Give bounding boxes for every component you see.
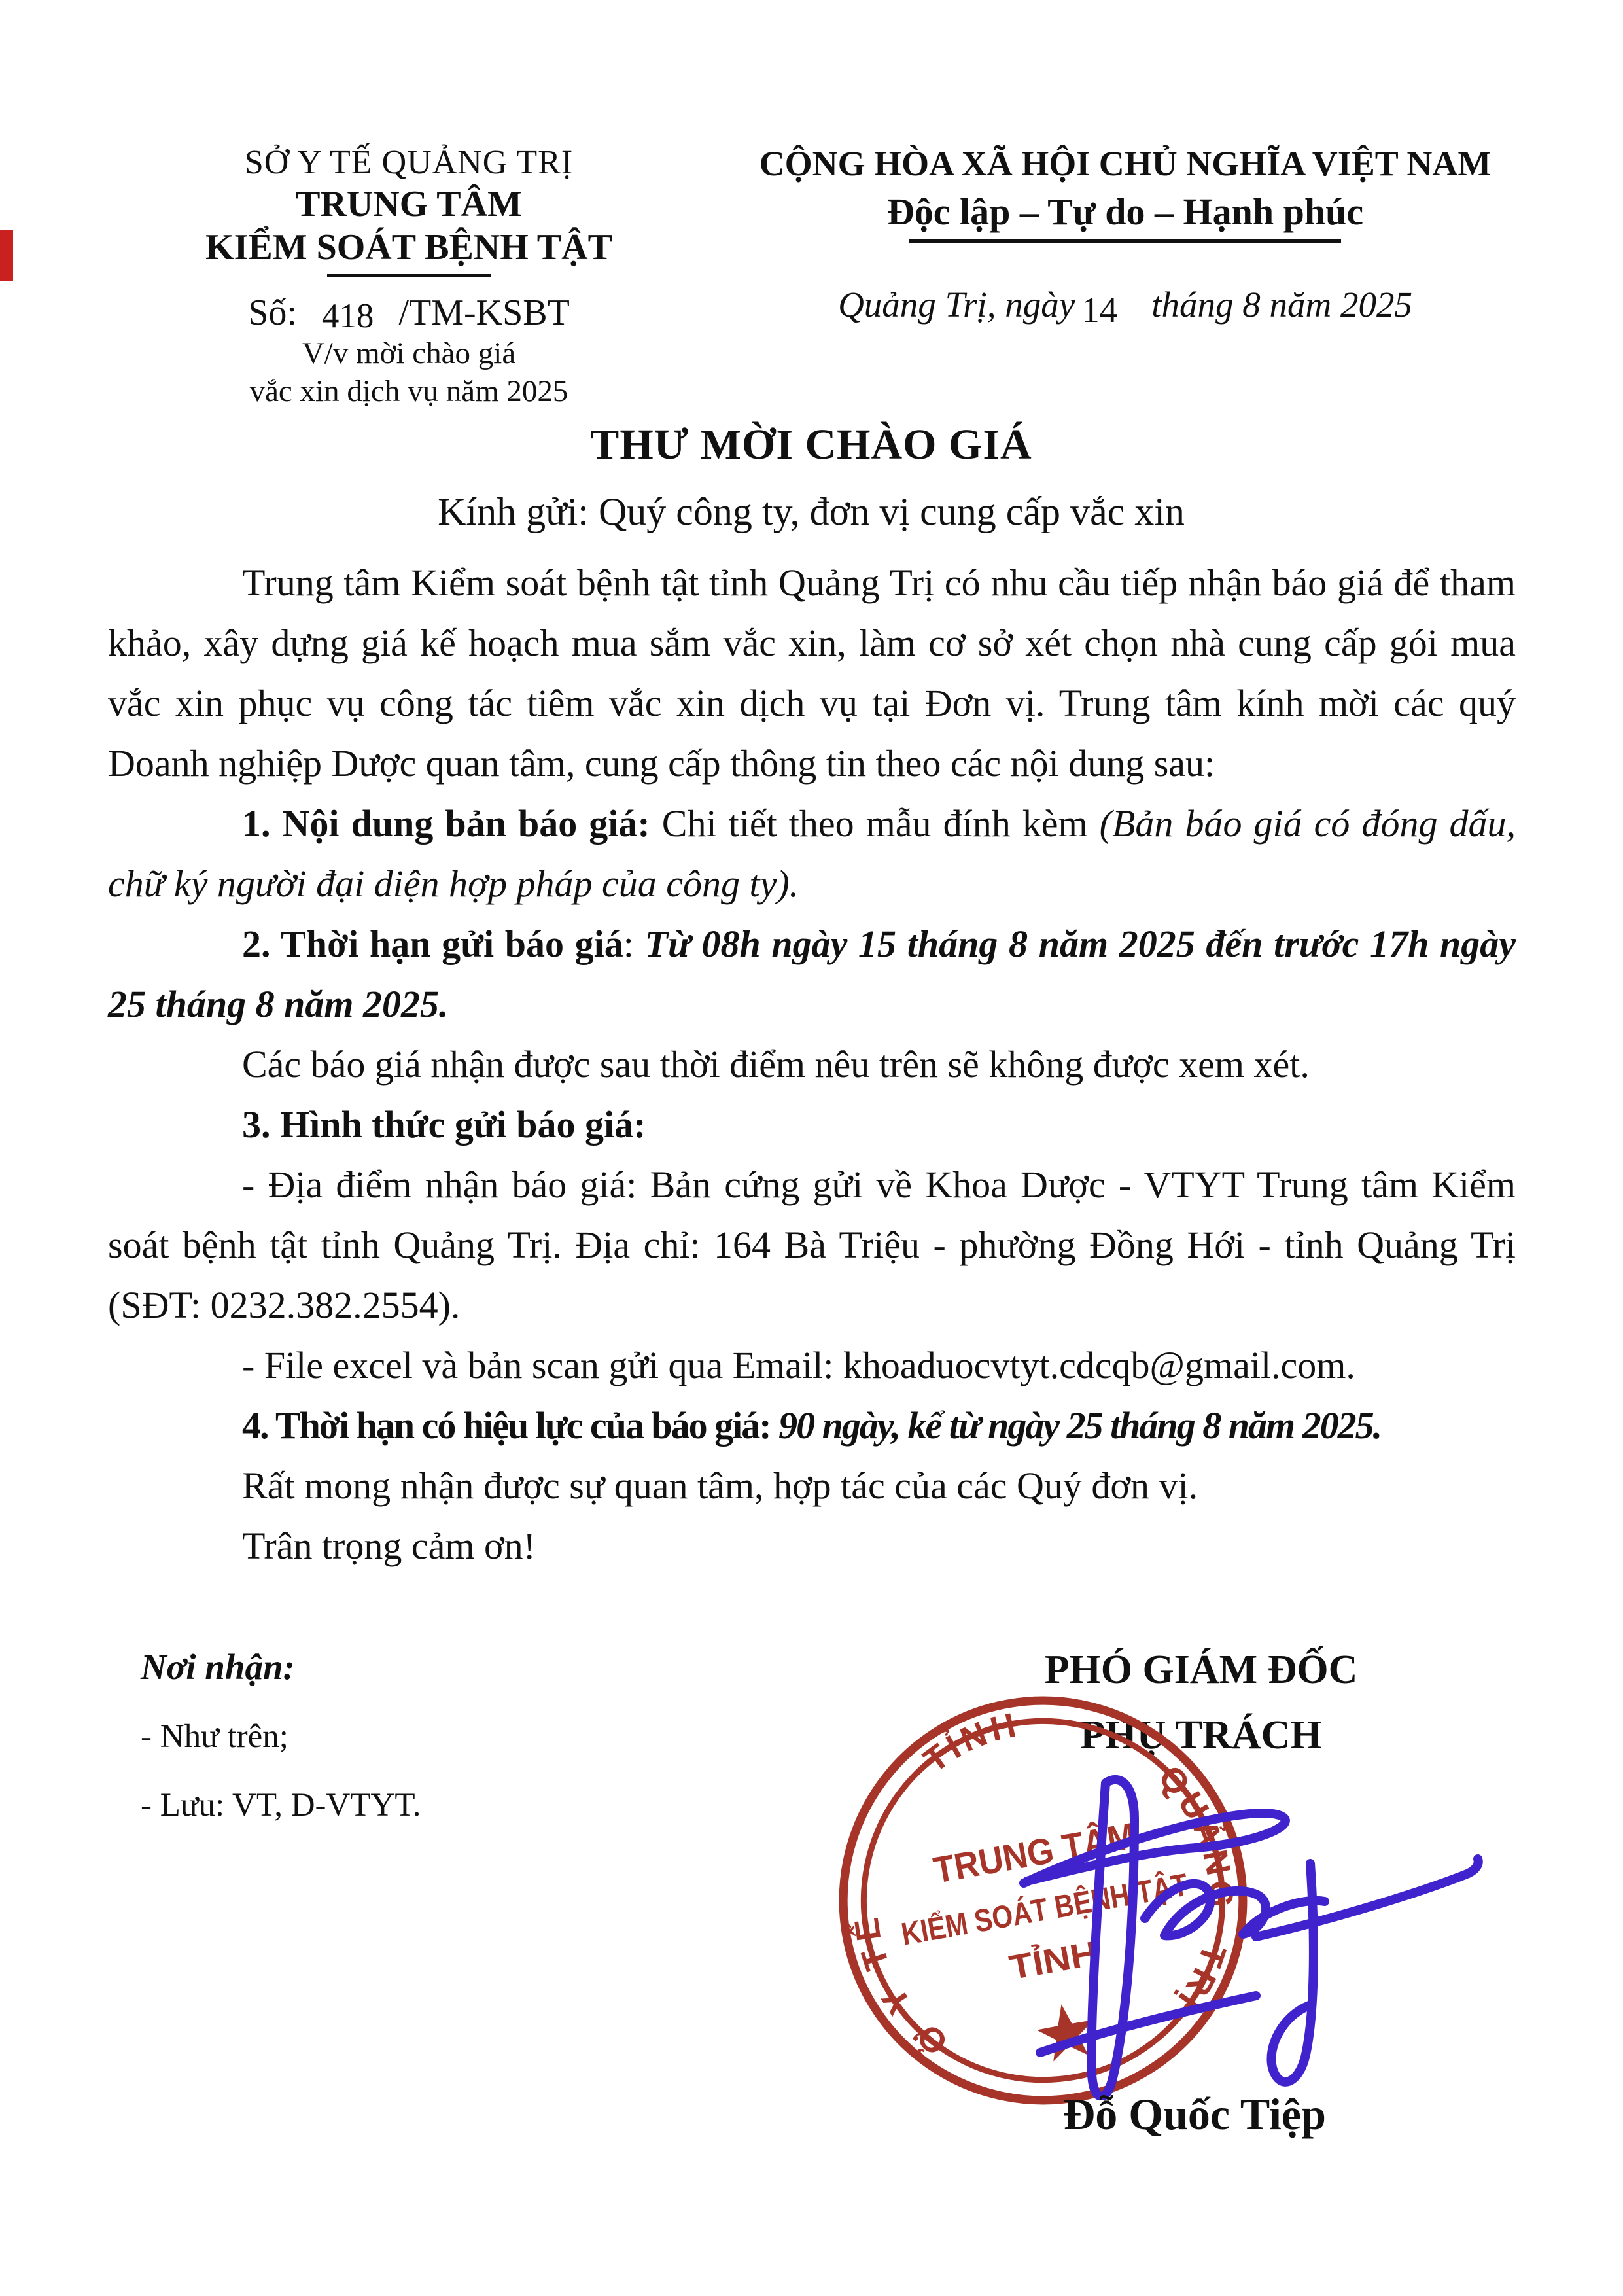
signature-graphic	[949, 1734, 1537, 2100]
recipient-item-2: - Lưu: VT, D-VTYT.	[141, 1789, 421, 1822]
item-3-paragraph: 3. Hình thức gửi báo giá:	[108, 1095, 1516, 1155]
signature-stroke-top-loop	[1024, 1813, 1285, 1883]
national-name: CỘNG HÒA XÃ HỘI CHỦ NGHĨA VIỆT NAM	[716, 143, 1534, 185]
document-page: SỞ Y TẾ QUẢNG TRỊ TRUNG TÂM KIỂM SOÁT BỆ…	[0, 0, 1623, 2296]
closing-line-2: Trân trọng cảm ơn!	[108, 1516, 1516, 1576]
date-suffix: tháng 8 năm 2025	[1151, 285, 1412, 325]
national-motto: Độc lập – Tự do – Hạnh phúc	[716, 189, 1534, 235]
item-3-point-1: - Địa điểm nhận báo giá: Bản cứng gửi về…	[108, 1155, 1516, 1335]
document-title: THƯ MỜI CHÀO GIÁ	[108, 420, 1514, 470]
item-2-colon: :	[623, 923, 634, 965]
signature-stroke-j-hook	[1271, 1863, 1313, 2082]
national-header-block: CỘNG HÒA XÃ HỘI CHỦ NGHĨA VIỆT NAM Độc l…	[716, 143, 1534, 327]
item-2-paragraph: 2. Thời hạn gửi báo giá: Từ 08h ngày 15 …	[108, 914, 1516, 1034]
item-4-paragraph: 4. Thời hạn có hiệu lực của báo giá: 90 …	[108, 1396, 1516, 1456]
date-prefix: Quảng Trị, ngày	[838, 285, 1075, 325]
signature-stroke-rising-tail	[1256, 1859, 1478, 1937]
deadline-note-paragraph: Các báo giá nhận được sau thời điểm nêu …	[108, 1034, 1516, 1095]
parent-org-name: SỞ Y TẾ QUẢNG TRỊ	[108, 143, 710, 183]
subject-line-2: vắc xin dịch vụ năm 2025	[108, 372, 710, 411]
org-name-line2: KIỂM SOÁT BỆNH TẬT	[108, 226, 710, 269]
intro-paragraph: Trung tâm Kiểm soát bệnh tật tỉnh Quảng …	[108, 553, 1516, 794]
subject-line-1: V/v mời chào giá	[108, 334, 710, 373]
closing-line-1: Rất mong nhận được sự quan tâm, hợp tác …	[108, 1456, 1516, 1516]
item-1-paragraph: 1. Nội dung bản báo giá: Chi tiết theo m…	[108, 794, 1516, 914]
item-1-text: Chi tiết theo mẫu đính kèm	[662, 802, 1088, 845]
date-day: 14	[1081, 289, 1117, 332]
date-line: Quảng Trị, ngày14tháng 8 năm 2025	[716, 283, 1534, 327]
org-name-line1: TRUNG TÂM	[108, 183, 710, 226]
signature-stroke-tall-loop	[1092, 1780, 1134, 2096]
scan-edge-artifact	[0, 230, 13, 281]
issuing-org-block: SỞ Y TẾ QUẢNG TRỊ TRUNG TÂM KIỂM SOÁT BỆ…	[108, 143, 710, 411]
item-3-point-2: - File excel và bản scan gửi qua Email: …	[108, 1335, 1516, 1396]
item-3-label: 3. Hình thức gửi báo giá:	[242, 1103, 646, 1146]
item-4-text: 90 ngày, kể từ ngày 25 tháng 8 năm 2025.	[778, 1404, 1381, 1447]
document-body: Trung tâm Kiểm soát bệnh tật tỉnh Quảng …	[108, 553, 1516, 1576]
signature-stroke-bottom-sweep	[1040, 1996, 1256, 2053]
recipients-label: Nơi nhận:	[141, 1649, 421, 1685]
recipients-block: Nơi nhận: - Như trên; - Lưu: VT, D-VTYT.	[141, 1649, 421, 1822]
motto-underline	[909, 239, 1341, 243]
document-number: Số:418/TM-KSBT	[108, 291, 710, 334]
item-2-label: 2. Thời hạn gửi báo giá	[242, 923, 623, 965]
doc-number-value: 418	[322, 296, 374, 337]
salutation-line: Kính gửi: Quý công ty, đơn vị cung cấp v…	[108, 489, 1514, 535]
signer-name: Đỗ Quốc Tiệp	[966, 2089, 1423, 2140]
recipient-item-1: - Như trên;	[141, 1720, 421, 1754]
doc-number-label: Số:	[248, 292, 297, 333]
doc-number-suffix: /TM-KSBT	[398, 292, 569, 333]
org-name-underline	[327, 274, 491, 277]
item-4-label: 4. Thời hạn có hiệu lực của báo giá:	[242, 1404, 771, 1447]
item-1-label: 1. Nội dung bản báo giá:	[242, 802, 650, 845]
